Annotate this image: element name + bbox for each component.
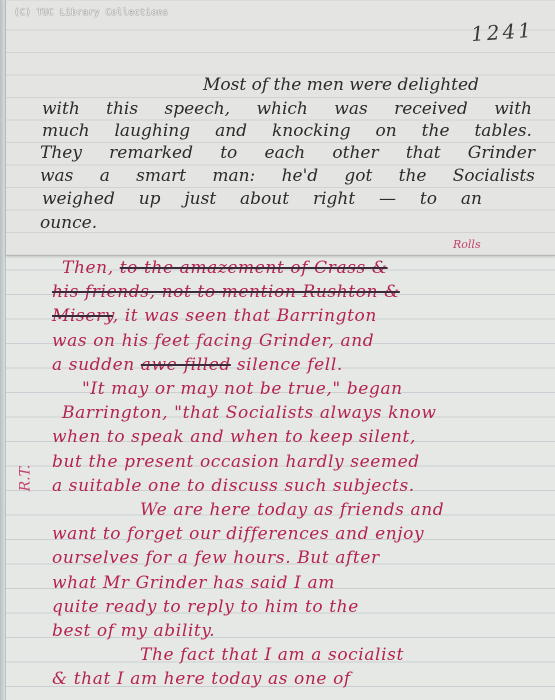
line-text: but the present occasion hardly seemed [52,452,420,472]
manuscript-line: We are here today as friends and [140,500,444,520]
line-text: quite ready to reply to him to the [52,597,359,617]
word: that [406,143,441,163]
word: and [215,121,247,141]
line-text: "It may or may not be true," began [82,379,403,399]
margin-note: R.T. [17,465,33,492]
word: with [494,99,532,119]
page-number: 1241 [470,18,534,46]
line-text: Then, [62,258,120,278]
manuscript-line: want to forget our differences and enjoy [52,524,424,544]
manuscript-line: was on his feet facing Grinder, and [52,331,374,351]
slip-line: ounce. [40,213,100,233]
word: which [256,99,307,119]
word: was [334,99,367,119]
line-text: We are here today as friends and [140,500,444,520]
slip-line: TheyremarkedtoeachotherthatGrinder [40,143,535,163]
word: got [344,166,372,186]
word: an [461,189,482,209]
word: They [40,143,82,163]
word: — [379,189,396,209]
line-text: want to forget our differences and enjoy [52,524,424,544]
word: on [376,121,397,141]
word: to [220,143,237,163]
struck-text: to the amazement of Crass & [120,258,388,278]
word: each [265,143,306,163]
manuscript-line: a sudden awe-filled silence fell. [52,355,343,375]
slip-line: Most of the men were delighted [203,75,533,95]
line-text: best of my ability. [52,621,215,641]
word: right [313,189,355,209]
word: laughing [115,121,191,141]
word: speech, [164,99,230,119]
word: Grinder [468,143,535,163]
manuscript-line: Then, to the amazement of Crass & [62,258,388,278]
manuscript-line: ourselves for a few hours. But after [52,548,380,568]
word: tables. [474,121,531,141]
word: weighed [42,189,115,209]
word: he'd [282,166,319,186]
word: about [240,189,289,209]
struck-text: his friends, not to mention Rushton & [52,282,400,302]
word: the [399,166,427,186]
slip-line: muchlaughingandknockingonthetables. [42,121,532,141]
manuscript-line: Barrington, "that Socialists always know [62,403,437,423]
word: much [42,121,90,141]
manuscript-line: quite ready to reply to him to the [52,597,359,617]
manuscript-line: but the present occasion hardly seemed [52,452,420,472]
pasted-slip: (C) TUC Library Collections 1241 Most of… [6,0,555,256]
struck-text: awe-filled [141,355,231,375]
copyright-watermark: (C) TUC Library Collections [14,8,168,18]
line-text: was on his feet facing Grinder, and [52,331,374,351]
manuscript-line: his friends, not to mention Rushton & [52,282,400,302]
word: was [40,166,73,186]
slip-annotation: Rolls [453,238,481,251]
manuscript-line: "It may or may not be true," began [82,379,403,399]
struck-text: Misery [52,306,113,326]
line-text: a sudden [52,355,141,375]
word: a [100,166,110,186]
line-text: what Mr Grinder has said I am [52,573,335,593]
line-text: ourselves for a few hours. But after [52,548,380,568]
word: knocking [272,121,351,141]
manuscript-line: what Mr Grinder has said I am [52,573,335,593]
word: this [106,99,138,119]
word: just [184,189,216,209]
slip-line: withthisspeech,whichwasreceivedwith [42,99,532,119]
line-text: a suitable one to discuss such subjects. [52,476,415,496]
slip-line: weighedupjustaboutright—toan [42,189,482,209]
manuscript-line: & that I am here today as one of [52,669,351,689]
slip-line: wasasmartman:he'dgottheSocialists [40,166,535,186]
word: man: [212,166,255,186]
word: to [420,189,437,209]
line-text: Barrington, "that Socialists always know [62,403,437,423]
line-text: & that I am here today as one of [52,669,351,689]
word: other [332,143,378,163]
line-text: silence fell. [231,355,343,375]
manuscript-line: a suitable one to discuss such subjects. [52,476,415,496]
manuscript-page: (C) TUC Library Collections 1241 Most of… [0,0,555,700]
manuscript-line: Misery, it was seen that Barrington [52,306,377,326]
line-text: when to speak and when to keep silent, [52,427,416,447]
word: with [42,99,80,119]
word: Socialists [453,166,535,186]
manuscript-line: The fact that I am a socialist [140,645,404,665]
word: smart [136,166,186,186]
manuscript-line: when to speak and when to keep silent, [52,427,416,447]
line-text: The fact that I am a socialist [140,645,404,665]
line-text: , it was seen that Barrington [113,306,377,326]
word: up [139,189,161,209]
word: remarked [109,143,193,163]
manuscript-line: best of my ability. [52,621,215,641]
word: the [422,121,450,141]
word: received [394,99,468,119]
